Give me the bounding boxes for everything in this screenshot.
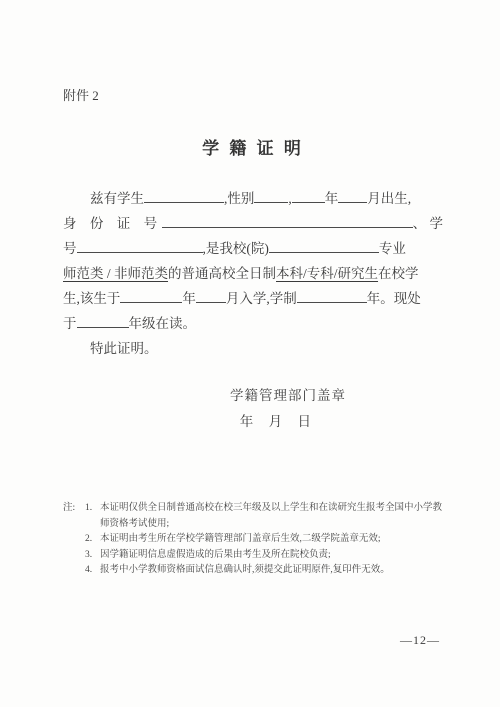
blank-current-grade [77, 313, 129, 328]
line2-text2: 、 学 [413, 211, 443, 236]
body-line-3: 号,是我校(院)专业 [63, 236, 443, 261]
blank-enroll-month [196, 288, 226, 303]
notes-label: 注: [63, 501, 85, 517]
notes-block: 注: 1. 本证明仅供全日制普通高校在校三年级及以上学生和在读研究生报考全国中小… [63, 501, 443, 579]
seal-line: 学籍管理部门盖章 [63, 383, 403, 409]
blank-birth-year [292, 188, 325, 203]
note-1-text: 本证明仅供全日制普通高校在校三年级及以上学生和在读研究生报考全国中小学教师资格考… [100, 501, 443, 532]
line6-text1: 于 [63, 316, 77, 331]
line3-text1: 号 [63, 241, 77, 256]
line4-underlined2: 本科/专科/研究生 [276, 266, 378, 281]
note-2-text: 本证明由考生所在学校学籍管理部门盖章后生效,二级学院盖章无效; [100, 532, 443, 548]
line3-text2: ,是我校(院) [203, 241, 269, 256]
document-page: 附件 2 学 籍 证 明 兹有学生,性别,年月出生, 身 份 证 号、 学 号,… [0, 0, 500, 707]
body-line-5: 生,该生于年月入学,学制年。现处 [63, 286, 443, 311]
line1-text2: ,性别 [224, 191, 254, 206]
note-row-1: 注: 1. 本证明仅供全日制普通高校在校三年级及以上学生和在读研究生报考全国中小… [63, 501, 443, 532]
line5-text3: 月入学,学制 [226, 291, 297, 306]
line5-text1: 生,该生于 [63, 291, 120, 306]
signature-block: 学籍管理部门盖章 年 月 日 [63, 383, 403, 435]
blank-student-number [77, 238, 203, 253]
note-row-3: 3. 因学籍证明信息虚假造成的后果由考生及所在院校负责; [63, 548, 443, 564]
note-1-number: 1. [85, 501, 100, 517]
line1-text1: 兹有学生 [90, 191, 144, 206]
note-2-number: 2. [85, 532, 100, 548]
line5-text2: 年 [182, 291, 196, 306]
line5-text4: 年。现处 [367, 291, 421, 306]
attachment-label: 附件 2 [63, 85, 443, 104]
line3-text3: 专业 [379, 241, 406, 256]
page-title: 学 籍 证 明 [63, 134, 443, 159]
blank-birth-month [338, 188, 367, 203]
body-line-6: 于年级在读。 [63, 311, 443, 336]
note-4-number: 4. [85, 563, 100, 579]
page-number: —12— [400, 633, 440, 648]
note-row-2: 2. 本证明由考生所在学校学籍管理部门盖章后生效,二级学院盖章无效; [63, 532, 443, 548]
body-line-1: 兹有学生,性别,年月出生, [63, 186, 443, 211]
line4-text1: 的普通高校全日制 [168, 266, 276, 281]
blank-student-name [144, 188, 224, 203]
blank-enroll-year [120, 288, 182, 303]
note-3-text: 因学籍证明信息虚假造成的后果由考生及所在院校负责; [100, 548, 443, 564]
line2-text1: 身 份 证 号 [63, 211, 162, 236]
body-line-7: 特此证明。 [63, 336, 443, 361]
body-line-4: 师范类 / 非师范类的普通高校全日制本科/专科/研究生在校学 [63, 261, 443, 286]
blank-major [269, 238, 379, 253]
body-line-2: 身 份 证 号、 学 [63, 211, 443, 236]
closing-statement: 特此证明。 [90, 341, 158, 356]
note-3-number: 3. [85, 548, 100, 564]
line4-underlined1: 师范类 / 非师范类 [63, 266, 168, 281]
certificate-body: 兹有学生,性别,年月出生, 身 份 证 号、 学 号,是我校(院)专业 师范类 … [63, 186, 443, 361]
note-4-text: 报考中小学教师资格面试信息确认时,须提交此证明原件,复印件无效。 [100, 563, 443, 579]
blank-id-number [162, 213, 413, 228]
date-line: 年 月 日 [63, 409, 403, 435]
note-row-4: 4. 报考中小学教师资格面试信息确认时,须提交此证明原件,复印件无效。 [63, 563, 443, 579]
line4-text2: 在校学 [378, 266, 419, 281]
line6-text2: 年级在读。 [129, 316, 197, 331]
blank-gender [254, 188, 288, 203]
blank-program-length [297, 288, 367, 303]
line1-text4: 年 [325, 191, 339, 206]
line1-text5: 月出生, [367, 191, 411, 206]
